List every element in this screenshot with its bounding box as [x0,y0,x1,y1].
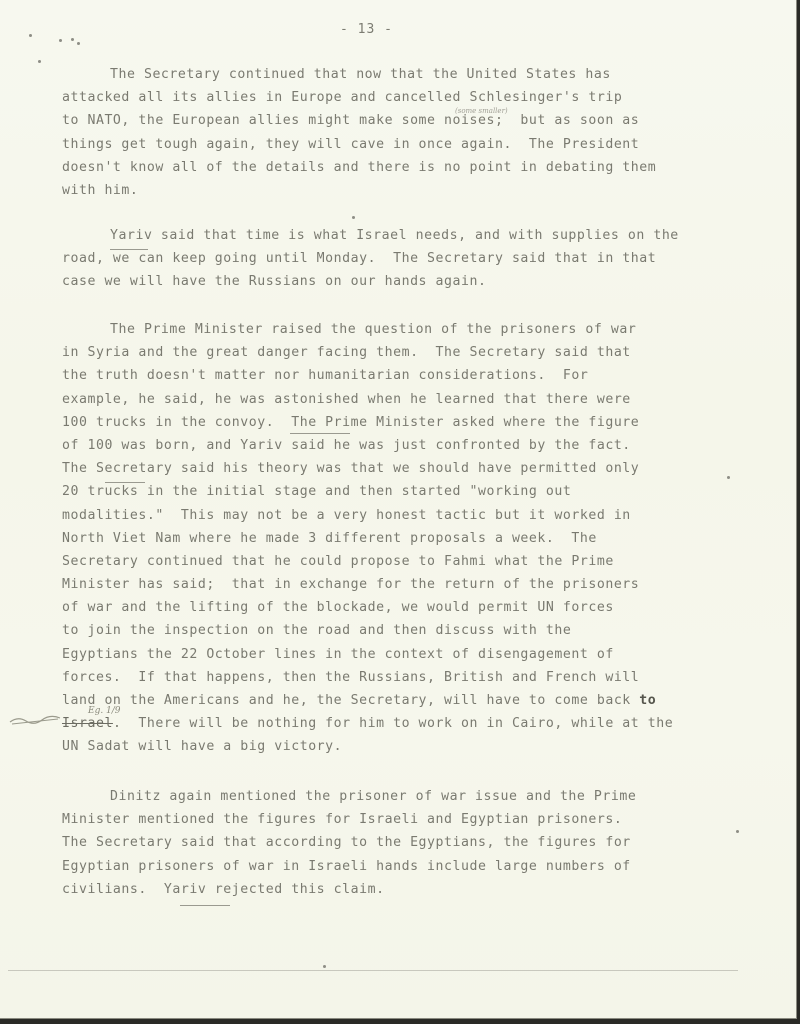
page-bottom-rule [8,970,738,971]
text-line: The Secretary said that according to the… [62,831,762,854]
text-line: in Syria and the great danger facing the… [62,341,762,364]
text-line: Egyptians the 22 October lines in the co… [62,643,762,666]
text-line: The Secretary continued that now that th… [62,63,762,86]
text-line-content: land on the Americans and he, the Secret… [62,693,639,708]
text-line: civilians. Yariv rejected this claim. [62,878,762,901]
text-line: Yariv said that time is what Israel need… [62,224,762,247]
scan-speck [352,216,355,219]
text-line: The Prime Minister raised the question o… [62,318,762,341]
paragraph-2: Yariv said that time is what Israel need… [62,224,762,294]
paragraph-4: Dinitz again mentioned the prisoner of w… [62,785,762,901]
paragraph-1: The Secretary continued that now that th… [62,63,762,202]
text-line: doesn't know all of the details and ther… [62,156,762,179]
pen-underline [110,249,148,250]
scan-speck [77,42,80,45]
text-line: of war and the lifting of the blockade, … [62,596,762,619]
text-line: forces. If that happens, then the Russia… [62,666,762,689]
text-line: the truth doesn't matter nor humanitaria… [62,364,762,387]
scan-speck [323,965,326,968]
text-line: UN Sadat will have a big victory. [62,735,762,758]
text-line: Minister has said; that in exchange for … [62,573,762,596]
text-line: Dinitz again mentioned the prisoner of w… [62,785,762,808]
scan-speck [38,60,41,63]
page-number: - 13 - [340,22,393,37]
handwritten-margin-note: Eg. 1/9 [88,706,121,716]
text-line: attacked all its allies in Europe and ca… [62,86,762,109]
text-line: Minister mentioned the figures for Israe… [62,808,762,831]
handwritten-interline-note: (some smaller) [455,107,508,115]
text-line: to NATO, the European allies might make … [62,109,762,132]
text-line: example, he said, he was astonished when… [62,388,762,411]
text-line: modalities." This may not be a very hone… [62,504,762,527]
handwritten-scribble-icon [8,714,68,726]
text-line: 100 trucks in the convoy. The Prime Mini… [62,411,762,434]
pen-underline [290,433,350,434]
text-line: of 100 was born, and Yariv said he was j… [62,434,762,457]
text-line: The Secretary said his theory was that w… [62,457,762,480]
text-line-content: . There will be nothing for him to work … [113,716,673,731]
pen-underline [180,905,230,906]
text-line: Israel. There will be nothing for him to… [62,712,762,735]
pen-underline [105,482,145,483]
paragraph-3: The Prime Minister raised the question o… [62,318,762,759]
scan-speck [71,38,74,41]
scan-speck [59,39,62,42]
scan-speck [29,34,32,37]
text-line: things get tough again, they will cave i… [62,133,762,156]
text-line: Egyptian prisoners of war in Israeli han… [62,855,762,878]
text-line: 20 trucks in the initial stage and then … [62,480,762,503]
text-line: North Viet Nam where he made 3 different… [62,527,762,550]
text-line: to join the inspection on the road and t… [62,619,762,642]
document-page: - 13 - The Secretary continued that now … [0,0,797,1019]
overstrike-word: to [639,693,656,708]
text-line: case we will have the Russians on our ha… [62,270,762,293]
struck-word: Israel [62,716,113,731]
text-line: land on the Americans and he, the Secret… [62,689,762,712]
text-line: with him. [62,179,762,202]
text-line: road, we can keep going until Monday. Th… [62,247,762,270]
text-line: Secretary continued that he could propos… [62,550,762,573]
